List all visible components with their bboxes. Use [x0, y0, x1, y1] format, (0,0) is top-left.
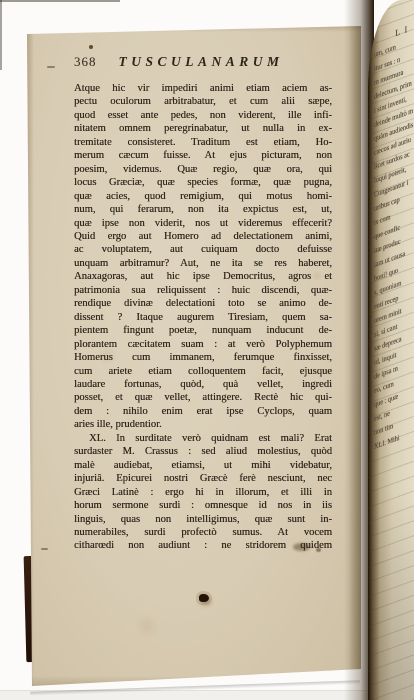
text-line: aries ille, prudentior. [74, 418, 332, 431]
text-line: Atque hic vir impediri animi etiam aciem… [74, 82, 332, 95]
running-title: TUSCULANARUM [119, 54, 284, 70]
text-line: Quid ergo aut Homero ad delectationem an… [74, 230, 332, 243]
text-line: num, qui ferarum, non ita expictus est, … [74, 203, 332, 216]
ink-smudge [293, 543, 310, 551]
text-line: dem : nihilo enim erat ipse Cyclops, qua… [74, 405, 332, 418]
text-line: laudare fortunas, quòd, quà vellet, ingr… [74, 378, 332, 391]
text-line: malè audiebat, etiamsi, ut mihi videbatu… [74, 459, 332, 472]
text-block: Atque hic vir impediri animi etiam aciem… [74, 82, 332, 553]
text-line: Græci Latinè : ergo hi in illorum, et il… [74, 486, 332, 499]
book-photo: 368 TUSCULANARUM Atque hic vir impediri … [0, 0, 414, 700]
ink-smudge-dot [316, 548, 321, 552]
photo-frame-edge-left [0, 0, 2, 70]
text-line: pectu oculorum arbitrabatur, et cum alii… [74, 95, 332, 108]
text-line: pientem fingunt poetæ, nunquam inducunt … [74, 324, 332, 337]
right-page-text-fragments: L I um, cum itur sus : n m murmura delec… [374, 13, 414, 454]
text-line: nitatem omnem peregrinabatur, ut nulla i… [74, 122, 332, 135]
text-line: poesim, videmus. Quæ regio, quæ ora, qui [74, 163, 332, 176]
ink-fleck [89, 45, 93, 49]
left-page: 368 TUSCULANARUM Atque hic vir impediri … [27, 26, 361, 686]
wormhole [199, 594, 209, 602]
text-line: dissent ? Itaque augurem Tiresiam, quem … [74, 311, 332, 324]
text-line: locus Græciæ, quæ species formæ, quæ pug… [74, 176, 332, 189]
right-page-fore-edge: L I um, cum itur sus : n m murmura delec… [368, 0, 414, 700]
text-line: Homerus cum immanem, ferumque finxisset, [74, 351, 332, 364]
photo-frame-edge-top [0, 0, 120, 2]
text-line: ac voluptatem, aut cuiquam docto defuiss… [74, 243, 332, 256]
text-line: linguis, quas non intelligimus, quæ sunt… [74, 513, 332, 526]
text-line-paragraph-start: XL. In surditate verò quidnam est mali? … [74, 432, 332, 445]
text-line: tremitate consisteret. Traditum est etia… [74, 136, 332, 149]
text-line: unquam arbitramur? Aut, ne ita se res ha… [74, 257, 332, 270]
text-line: posset, et quæ vellet, attingere. Rectè … [74, 391, 332, 404]
text-line: quæ ipse non viderit, nos ut videremus e… [74, 217, 332, 230]
text-line: cum ariete etiam colloquentem facit, eju… [74, 365, 332, 378]
text-line: Anaxagoras, aut hic ipse Democritus, agr… [74, 270, 332, 283]
text-line: rendique divinæ delectationi toto se ani… [74, 297, 332, 310]
text-line: horum sermone surdi : omnesque id nos in… [74, 499, 332, 512]
text-line: merum cæcum fuisse. At ejus picturam, no… [74, 149, 332, 162]
page-number: 368 [74, 54, 97, 70]
page-header: 368 TUSCULANARUM [74, 54, 336, 70]
text-line: injuriâ. Epicurei nostri Græcè ferè nesc… [74, 472, 332, 485]
text-line: quod esset ante pedes, non viderent, ill… [74, 109, 332, 122]
margin-mark [41, 548, 48, 550]
text-line: patrimonia sua reliquissent : huic disce… [74, 284, 332, 297]
margin-mark [47, 66, 55, 68]
text-line: quæ acies, quod remigium, qui motus homi… [74, 190, 332, 203]
text-line: plorantem cæcitatem suam : at verò Polyp… [74, 338, 332, 351]
text-line: numerabiles, surdi profectò sumus. At vo… [74, 526, 332, 539]
text-line: surdaster M. Crassus : sed aliud molesti… [74, 445, 332, 458]
